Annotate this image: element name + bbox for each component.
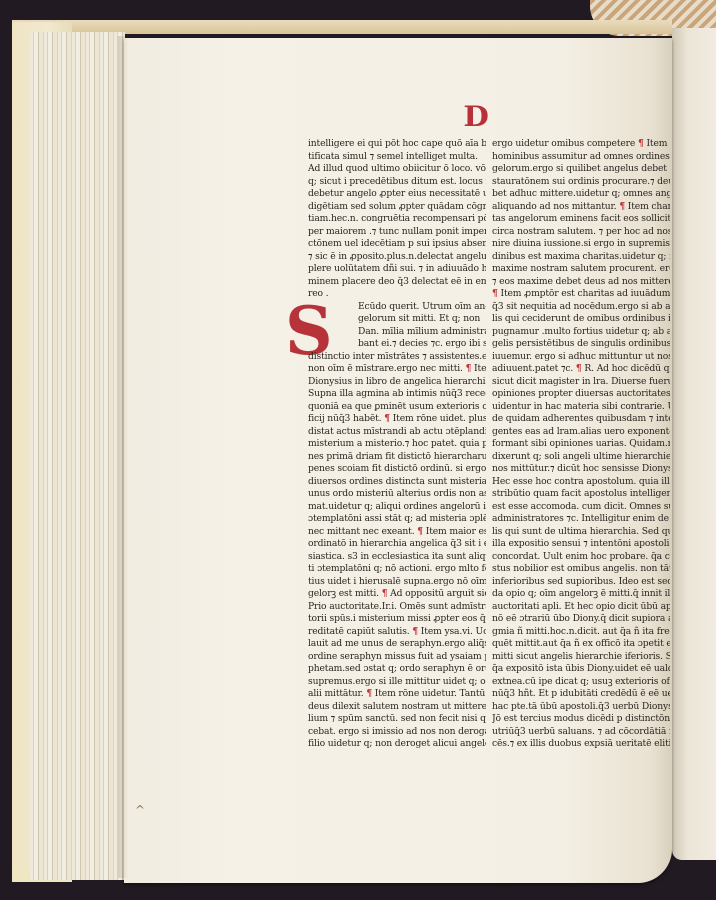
text-line: mat.uidetur q; aliqui ordines angelorū i…	[308, 501, 486, 514]
text-line: bant ei.⁊ decies ⁊c. ergo ibi sit	[358, 338, 486, 351]
text-line: cēs.⁊ ex illis duobus expsiā ueritatē el…	[492, 738, 670, 751]
rubricated-pilcrow-icon: ¶	[382, 588, 388, 599]
text-line: diuersos ordines distincta sunt misteria…	[308, 476, 486, 489]
right-column-text: ergo uidetur omibus competere ¶ Item ōho…	[492, 138, 670, 751]
text-line: de quidam adherentes quibusdam ⁊ intelli	[492, 413, 670, 426]
text-line: tius uidet i hierusalē supna.ergo nō oīm…	[308, 576, 486, 589]
text-line: gelis persistētibus de singulis ordinibu…	[492, 338, 670, 351]
text-line: stribūtio quam facit apostolus intellige…	[492, 488, 670, 501]
text-line: ¶ Item ꝓmptōr est charitas ad iuuādum	[492, 288, 670, 301]
text-line: nec mittant nec exeant. ¶ Item maior est	[308, 526, 486, 539]
text-line: intelligere ei qui pōt hoc cape quō aīa …	[308, 138, 486, 151]
text-line: tificata simul ⁊ semel intelliget multa.	[308, 151, 486, 164]
text-line: uidentur in hac materia sibi contrarie. …	[492, 401, 670, 414]
rubricated-pilcrow-icon: ¶	[466, 363, 472, 374]
facing-page-edge	[672, 28, 716, 860]
text-line: dinibus est maxima charitas.uidetur q; i…	[492, 251, 670, 264]
text-line: q; sicut i precedētibus ditum est. locus…	[308, 176, 486, 189]
page-stack-fore-edge	[30, 32, 125, 880]
text-line: lauit ad me unus de seraphyn.ergo aliq̄s…	[308, 638, 486, 651]
text-line: nos mittūtur.⁊ dicūt hoc sensisse Dionys…	[492, 463, 670, 476]
rubricated-pilcrow-icon: ¶	[576, 363, 582, 374]
text-line: ctōnem uel idecētiam p sui ipsius absent…	[308, 238, 486, 251]
text-line: inferioribus sed supioribus. Ideo est se…	[492, 576, 670, 589]
text-line: ⁊ eos maxime debet deus ad nos mittere.	[492, 276, 670, 289]
text-line: unus ordo misteriū alterius ordis non as…	[308, 488, 486, 501]
text-line: supremus.ergo si ille mittitur uidet q; …	[308, 676, 486, 689]
text-line: ficij nūq̄3 habēt. ¶ Item rōne uidet. pl…	[308, 413, 486, 426]
text-line: non oīm ē mīstrare.ergo nec mitti. ¶ Ite…	[308, 363, 486, 376]
text-line: concordat. Uult enim hoc probare. q̄a ch…	[492, 551, 670, 564]
text-line: adiuuent.patet ⁊c. ¶ R. Ad hoc dicēdū q;	[492, 363, 670, 376]
left-column-top-paragraph: intelligere ei qui pōt hoc cape quō aīa …	[308, 138, 486, 301]
text-line: ergo uidetur omibus competere ¶ Item ō	[492, 138, 670, 151]
text-line: pugnamur .multo fortius uidetur q; ab an	[492, 326, 670, 339]
text-line: nire diuina iussione.si ergo in supremis…	[492, 238, 670, 251]
text-line: ordinatō in hierarchia angelica q̄3 sit …	[308, 538, 486, 551]
rubricated-pilcrow-icon: ¶	[417, 526, 423, 537]
text-line: nō eē ɔtrariū ūbo Diony.q̄ dicit supiora…	[492, 613, 670, 626]
left-text-column: intelligere ei qui pōt hoc cape quō aīa …	[308, 138, 486, 751]
text-line: Dionysius in libro de angelica hierarchi…	[308, 376, 486, 389]
left-column-indented-lines: Ecūdo querit. Utrum oīm an-gelorum sit m…	[308, 301, 486, 351]
rubricated-pilcrow-icon: ¶	[638, 138, 644, 149]
text-line: sicut dicit magister in lra. Diuerse fue…	[492, 376, 670, 389]
text-line: deus dilexit salutem nostram ut mitteret…	[308, 701, 486, 714]
margin-mark: ^	[135, 803, 145, 817]
text-line: mitti sicut angelis hierarchie iferioris…	[492, 651, 670, 664]
text-line: q̄a expositō ista ūbis Diony.uidet eē ua…	[492, 663, 670, 676]
text-line: auctoritati apli. Et hec opio dicit ūbū …	[492, 601, 670, 614]
text-line: filio uidetur q; non deroget alicui ange…	[308, 738, 486, 751]
text-line: bet adhuc mittere.uidetur q; omnes angel…	[492, 188, 670, 201]
rubricated-pilcrow-icon: ¶	[619, 201, 625, 212]
text-line: penes scoiam fit distictō ordinū. si erg…	[308, 463, 486, 476]
text-line: ⁊ sic ē in ꝓposito.plus.n.delectat angel…	[308, 251, 486, 264]
text-line: per maiorem .⁊ tunc nullam ponit imperfe	[308, 226, 486, 239]
text-line: nes primā driam fit distictō hierarcharu…	[308, 451, 486, 464]
text-line: distinctio inter mīstrātes ⁊ assistentes…	[308, 351, 486, 364]
text-line: reditatē capiūt salutis. ¶ Item ysa.vi. …	[308, 626, 486, 639]
text-line: hominibus assumitur ad omnes ordines an-	[492, 151, 670, 164]
text-line: ordine seraphyn missus fuit ad ysaiam pr…	[308, 651, 486, 664]
text-line: lis qui ceciderunt de omibus ordinibus i…	[492, 313, 670, 326]
book-photograph: D S intelligere ei qui pōt hoc cape quō …	[0, 0, 716, 900]
text-line: digētiam sed solum ꝓpter quādam cōgruē	[308, 201, 486, 214]
text-line: gmia ñ mitti.hoc.n.dicit. aut q̄a ñ ita …	[492, 626, 670, 639]
folio-initial: D	[463, 103, 488, 131]
text-line: Jō est tercius modus dicēdi p distinctōn…	[492, 713, 670, 726]
text-line: aliquando ad nos mittantur. ¶ Item chari	[492, 201, 670, 214]
text-line: misterium a misterio.⁊ hoc patet. quia p…	[308, 438, 486, 451]
text-line: distat actus mīstrandi ab actu ɔtēplandi…	[308, 426, 486, 439]
rubricated-pilcrow-icon: ¶	[492, 288, 498, 299]
text-line: iuuemur. ergo si adhuc mittuntur ut nos	[492, 351, 670, 364]
text-line: alii mittātur. ¶ Item rōne uidetur. Tant…	[308, 688, 486, 701]
text-line: maxime nostram salutem procurent. ergo	[492, 263, 670, 276]
text-line: Ad illud quod ultimo obiicitur ō loco. v…	[308, 163, 486, 176]
text-line: utriūq̄3 uerbū saluans. ⁊ ad cōcordātiā …	[492, 726, 670, 739]
text-line: gelorum.ergo si quilibet angelus debet r…	[492, 163, 670, 176]
text-line: illa expositio sensui ⁊ intentōni aposto…	[492, 538, 670, 551]
rubricated-pilcrow-icon: ¶	[366, 688, 372, 699]
rubricated-pilcrow-icon: ¶	[384, 413, 390, 424]
text-line: cebat. ergo si imissio ad nos non deroga…	[308, 726, 486, 739]
text-line: reo .	[308, 288, 486, 301]
text-line: ɔtemplatōni assi stāt q; ad misteria ɔpl…	[308, 513, 486, 526]
text-line: lis qui sunt de ultima hierarchia. Sed q…	[492, 526, 670, 539]
text-line: gelorum sit mitti. Et q; non	[358, 313, 486, 326]
text-line: quēt mittit.aut q̄a ñ ex officō ita ɔpet…	[492, 638, 670, 651]
page-shadow	[118, 36, 128, 878]
text-line: Supna illa agmina ab intimis nūq̄3 reced…	[308, 388, 486, 401]
text-line: stauratōnem sui ordinis procurare.⁊ deus…	[492, 176, 670, 189]
text-line: Prio auctoritate.Ir.i. Omēs sunt admīstr…	[308, 601, 486, 614]
text-line: plere uolūtatem dñi sui. ⁊ in adiuuādo h…	[308, 263, 486, 276]
text-line: extnea.cū ipe dicat q; usuꝫ exterioris o…	[492, 676, 670, 689]
text-line: dixerunt q; soli angeli ultime hierarchi…	[492, 451, 670, 464]
text-line: lium ⁊ spūm sanctū. sed non fecit nisi q…	[308, 713, 486, 726]
text-line: ti ɔtemplatōni q; nō actioni. ergo mlto …	[308, 563, 486, 576]
rubricated-pilcrow-icon: ¶	[412, 626, 418, 637]
text-line: Ecūdo querit. Utrum oīm an-	[358, 301, 486, 314]
text-line: minem placere deo q̄3 delectat eē in emp…	[308, 276, 486, 289]
text-line: formant sibi opiniones uarias. Quidam.n.	[492, 438, 670, 451]
text-line: circa nostram salutem. ⁊ per hoc ad nos …	[492, 226, 670, 239]
text-line: opiniones propter diuersas auctoritates …	[492, 388, 670, 401]
text-line: torii spūs.i misterium missi ꝓpter eos q…	[308, 613, 486, 626]
text-line: Hec esse hoc contra apostolum. quia illa…	[492, 476, 670, 489]
text-line: gelorꝫ est mitti. ¶ Ad oppositū arguit s…	[308, 588, 486, 601]
text-line: phetam.sed ɔstat q; ordo seraphyn ē ordo	[308, 663, 486, 676]
text-line: administratores ⁊c. Intelligitur enim de…	[492, 513, 670, 526]
left-column-main-paragraph: distinctio inter mīstrātes ⁊ assistentes…	[308, 351, 486, 751]
text-line: nūq̄3 hñt. Et p idubitāti credēdū ē eē u…	[492, 688, 670, 701]
text-line: da opio q; oīm angelorꝫ ē mitti.q̄ innit…	[492, 588, 670, 601]
text-line: stus nobilior est omibus angelis. non tā…	[492, 563, 670, 576]
text-line: q̄3 sit nequitia ad nocēdum.ergo si ab a…	[492, 301, 670, 314]
text-line: tas angelorum eminens facit eos sollicit…	[492, 213, 670, 226]
text-line: siastica. s3 in ecclesiastica ita sunt a…	[308, 551, 486, 564]
text-line: tiam.hec.n. congruētia recompensari pōt	[308, 213, 486, 226]
text-line: quoniā ea que ꝑminēt usum exterioris of-	[308, 401, 486, 414]
right-text-column: ergo uidetur omibus competere ¶ Item ōho…	[492, 138, 670, 751]
text-line: est esse accomoda. cum dicit. Omnes sunt	[492, 501, 670, 514]
text-line: gentes eas ad lram.alias uero exponentes	[492, 426, 670, 439]
text-line: debetur angelo ꝓpter eius necessitatē ue…	[308, 188, 486, 201]
text-line: hac pte.tā ūbū apostoli.q̄3 uerbū Dionys…	[492, 701, 670, 714]
text-line: Dan. mīlia mīlium administra	[358, 326, 486, 339]
